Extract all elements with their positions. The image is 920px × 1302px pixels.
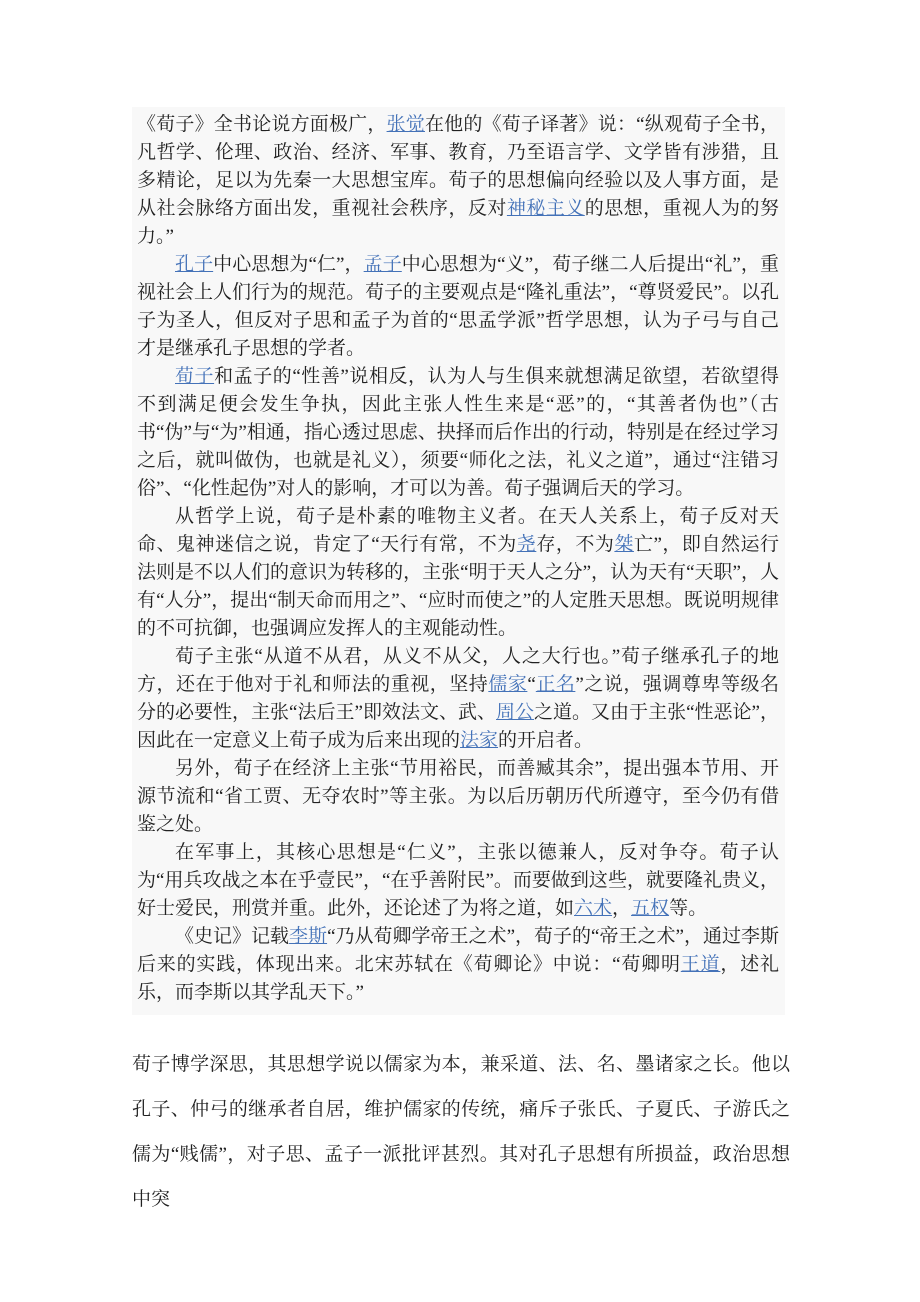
paragraph-rectification: 荀子主张“从道不从君，从义不从父，人之大行也。”荀子继承孔子的地方，还在于他对于… bbox=[137, 643, 779, 755]
link-jie[interactable]: 桀 bbox=[614, 534, 634, 555]
link-kongzi[interactable]: 孔子 bbox=[175, 254, 213, 275]
text-run: 《荀子》全书论说方面极广， bbox=[137, 114, 387, 135]
paragraph-human-nature: 荀子和孟子的“性善”说相反，认为人与生俱来就想满足欲望，若欲望得不到满足便会发生… bbox=[137, 363, 779, 503]
text-run: 的开启者。 bbox=[498, 730, 593, 751]
link-wuquan[interactable]: 五权 bbox=[631, 898, 669, 919]
link-lisi[interactable]: 李斯 bbox=[289, 926, 327, 947]
paragraph-shiji: 《史记》记载李斯“乃从荀卿学帝王之术”，荀子的“帝王之术”，通过李斯后来的实践，… bbox=[137, 923, 779, 1007]
paragraph-military: 在军事上，其核心思想是“仁义”，主张以德兼人，反对争夺。荀子认为“用兵攻战之本在… bbox=[137, 839, 779, 923]
link-yao[interactable]: 尧 bbox=[517, 534, 537, 555]
text-run: 另外，荀子在经济上主张“节用裕民，而善臧其余”，提出强本节用、开源节流和“省工贾… bbox=[137, 758, 779, 835]
paragraph-philosophy: 从哲学上说，荀子是朴素的唯物主义者。在天人关系上，荀子反对天命、鬼神迷信之说，肯… bbox=[137, 503, 779, 643]
text-run: “ bbox=[527, 674, 535, 695]
text-run: 存，不为 bbox=[536, 534, 614, 555]
text-run: 荀子博学深思，其思想学说以儒家为本，兼采道、法、名、墨诸家之长。他以孔子、仲弓的… bbox=[132, 1054, 790, 1210]
paragraph-confucius-mencius: 孔子中心思想为“仁”，孟子中心思想为“义”，荀子继二人后提出“礼”，重视社会上人… bbox=[137, 251, 779, 363]
link-liushu[interactable]: 六术 bbox=[574, 898, 612, 919]
link-rujia[interactable]: 儒家 bbox=[488, 674, 527, 695]
paragraph-summary: 荀子博学深思，其思想学说以儒家为本，兼采道、法、名、墨诸家之长。他以孔子、仲弓的… bbox=[132, 1042, 790, 1222]
paragraph-economy: 另外，荀子在经济上主张“节用裕民，而善臧其余”，提出强本节用、开源节流和“省工贾… bbox=[137, 755, 779, 839]
text-run: 《史记》记载 bbox=[175, 926, 289, 947]
link-xunzi[interactable]: 荀子 bbox=[175, 366, 214, 387]
link-mengzi[interactable]: 孟子 bbox=[364, 254, 402, 275]
link-zhengming[interactable]: 正名 bbox=[536, 674, 576, 695]
link-zhang-jue[interactable]: 张觉 bbox=[387, 114, 425, 135]
text-run: 和孟子的“性善”说相反，认为人与生俱来就想满足欲望，若欲望得不到满足便会发生争执… bbox=[137, 366, 779, 499]
link-mysticism[interactable]: 神秘主义 bbox=[507, 198, 585, 219]
paragraph-intro: 《荀子》全书论说方面极广，张觉在他的《荀子译著》说：“纵观荀子全书，凡哲学、伦理… bbox=[137, 111, 779, 251]
text-run: ， bbox=[612, 898, 631, 919]
link-zhougong[interactable]: 周公 bbox=[496, 702, 534, 723]
text-run: 等。 bbox=[669, 898, 707, 919]
text-run: 中心思想为“仁”， bbox=[213, 254, 364, 275]
link-fajia[interactable]: 法家 bbox=[460, 730, 498, 751]
article-text-block: 《荀子》全书论说方面极广，张觉在他的《荀子译著》说：“纵观荀子全书，凡哲学、伦理… bbox=[132, 107, 785, 1015]
link-wangdao[interactable]: 王道 bbox=[681, 954, 721, 975]
document-page: 《荀子》全书论说方面极广，张觉在他的《荀子译著》说：“纵观荀子全书，凡哲学、伦理… bbox=[0, 0, 920, 1302]
